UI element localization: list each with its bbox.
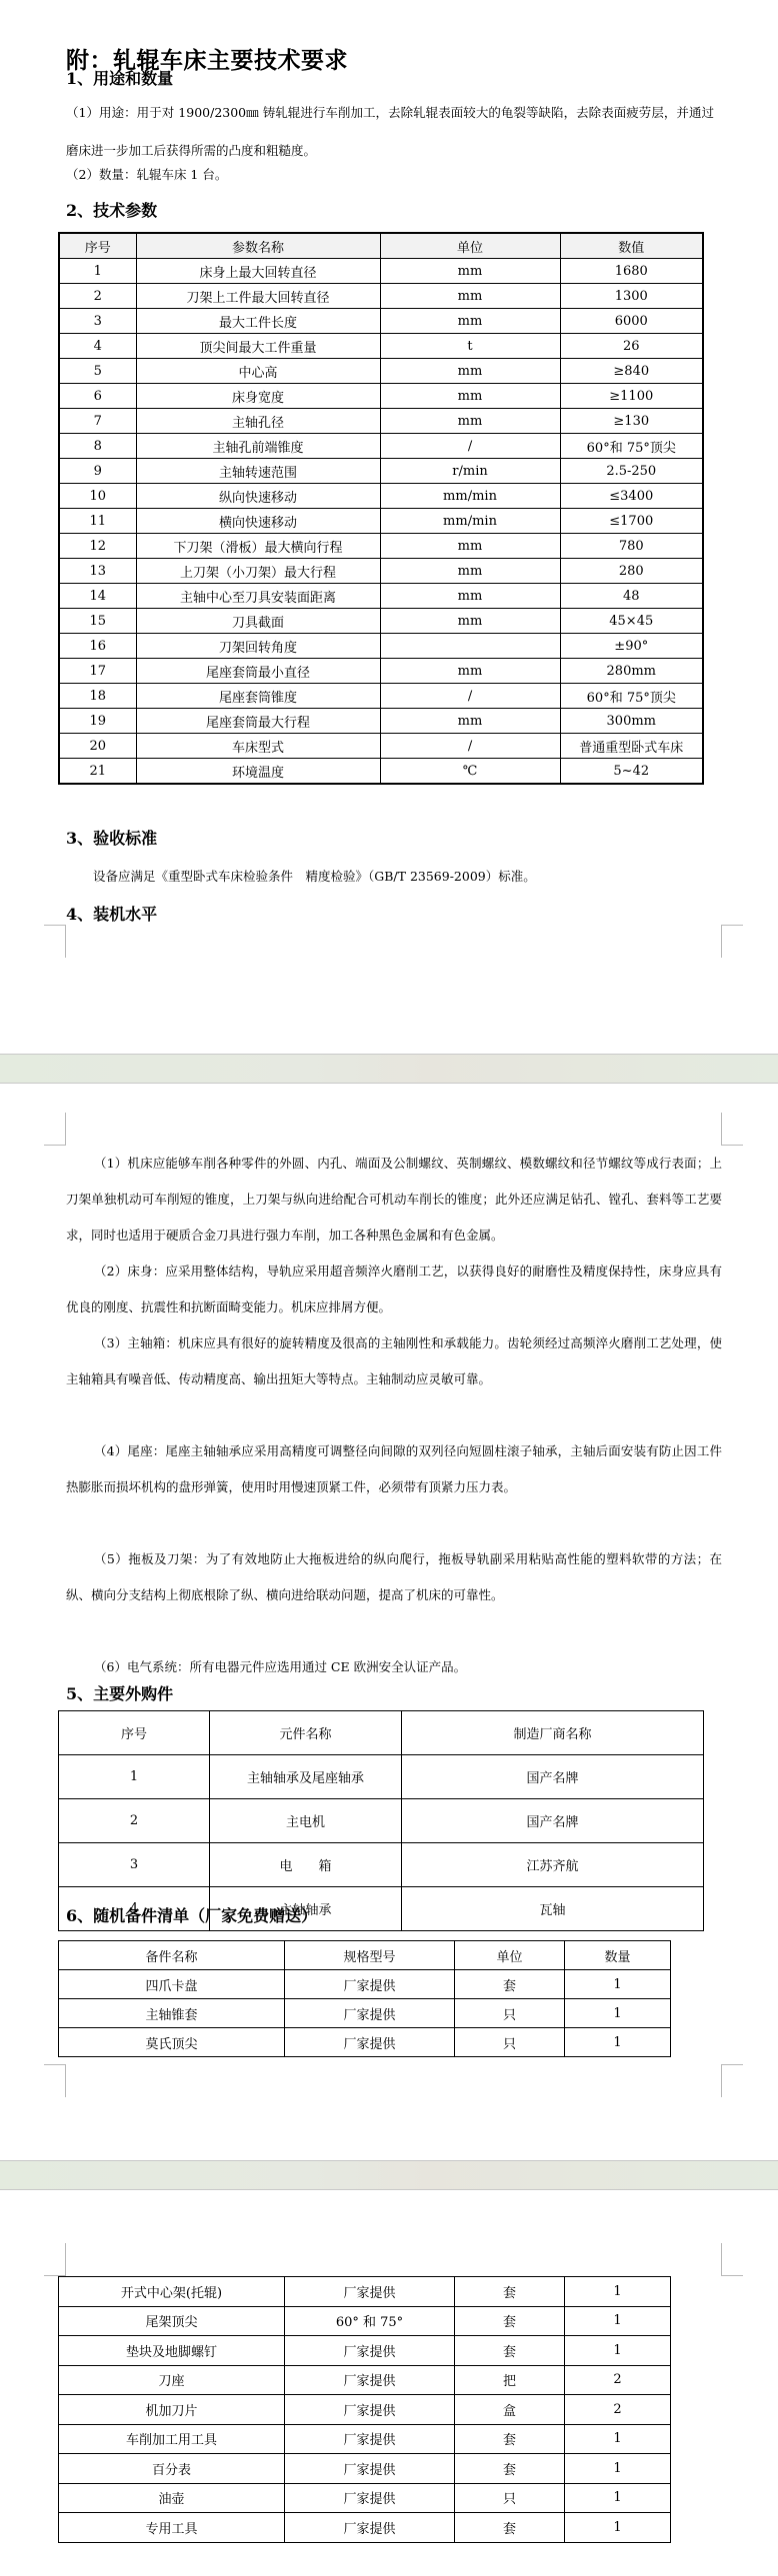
table-cell: 1300 (560, 284, 703, 309)
table-cell: 1 (565, 2483, 671, 2513)
table-row: 17尾座套筒最小直径mm280mm (59, 659, 703, 684)
table-cell (380, 634, 560, 659)
table-row: 14主轴中心至刀具安装面距离mm48 (59, 584, 703, 609)
table-cell: 国产名牌 (402, 1755, 704, 1799)
table-row: 13上刀架（小刀架）最大行程mm280 (59, 559, 703, 584)
page-break-band-1 (0, 1054, 778, 1084)
margin-mark-bottom-right (721, 2064, 743, 2097)
table-row: 20车床型式/普通重型卧式车床 (59, 734, 703, 759)
section-4-paragraph-3: （3）主轴箱：机床应具有很好的旋转精度及很高的主轴刚性和承载能力。齿轮须经过高频… (66, 1325, 722, 1397)
margin-mark-bottom-left (44, 2064, 66, 2097)
table-cell: 4 (59, 334, 136, 359)
section-4-paragraph-1: （1）机床应能够车削各种零件的外圆、内孔、端面及公制螺纹、英制螺纹、模数螺纹和径… (66, 1146, 722, 1254)
table-cell: 1680 (560, 259, 703, 284)
table-cell: 主轴中心至刀具安装面距离 (136, 584, 380, 609)
table-cell: 1 (565, 2454, 671, 2484)
table-cell: mm/min (380, 484, 560, 509)
table-cell: 只 (455, 1999, 565, 2028)
table-row: 6床身宽度mm≥1100 (59, 384, 703, 409)
table-cell: 刀座 (59, 2365, 285, 2395)
table-cell: 主轴轴承及尾座轴承 (210, 1755, 402, 1799)
table-cell: 套 (455, 2306, 565, 2336)
page-1: 附：轧辊车床主要技术要求 1、用途和数量 （1）用途：用于对 1900/2300… (0, 0, 778, 1054)
table-row: 刀座厂家提供把2 (59, 2365, 671, 2395)
table-cell: 厂家提供 (285, 2028, 455, 2057)
table-cell: ±90° (560, 634, 703, 659)
page-2: （1）机床应能够车削各种零件的外圆、内孔、端面及公制螺纹、英制螺纹、模数螺纹和径… (0, 1084, 778, 2160)
table-cell: 刀具截面 (136, 609, 380, 634)
page-3: 开式中心架(托辊)厂家提供套1尾架顶尖60° 和 75°套1垫块及地脚螺钉厂家提… (0, 2190, 778, 2576)
table-row: 机加刀片厂家提供盒2 (59, 2395, 671, 2425)
table-cell: 垫块及地脚螺钉 (59, 2336, 285, 2366)
margin-mark-bottom-left (44, 925, 66, 958)
table-cell: 60°和 75°顶尖 (560, 434, 703, 459)
table-row: 18尾座套筒锥度/60°和 75°顶尖 (59, 684, 703, 709)
table-cell: 厂家提供 (285, 2483, 455, 2513)
table-cell: 厂家提供 (285, 2277, 455, 2307)
table-cell: mm (380, 609, 560, 634)
table-cell: / (380, 434, 560, 459)
table-cell: 48 (560, 584, 703, 609)
table-cell: mm (380, 659, 560, 684)
table-cell: 刀架上工件最大回转直径 (136, 284, 380, 309)
table-cell: 1 (565, 1999, 671, 2028)
table-cell: 套 (455, 2424, 565, 2454)
table-row: 21环境温度℃5~42 (59, 759, 703, 785)
col-header-spare-name: 备件名称 (59, 1941, 285, 1970)
table-cell: ≥840 (560, 359, 703, 384)
table-row: 油壶厂家提供只1 (59, 2483, 671, 2513)
margin-mark-top-right (721, 2243, 743, 2276)
table-cell: 7 (59, 409, 136, 434)
table-cell: 主电机 (210, 1799, 402, 1843)
table-cell: 瓦轴 (402, 1887, 704, 1931)
table-row: 3电 箱江苏齐航 (59, 1843, 704, 1887)
table-cell: 厂家提供 (285, 2336, 455, 2366)
table-cell: 20 (59, 734, 136, 759)
table-cell: 2 (565, 2395, 671, 2425)
table-cell: 厂家提供 (285, 2365, 455, 2395)
table-row: 垫块及地脚螺钉厂家提供套1 (59, 2336, 671, 2366)
table-cell: 16 (59, 634, 136, 659)
section-6-heading: 6、随机备件清单（厂家免费赠送） (66, 1903, 317, 1926)
page-break-band-2 (0, 2160, 778, 2190)
table-cell: mm (380, 284, 560, 309)
col-header-quantity: 数量 (565, 1941, 671, 1970)
table-cell: 主轴孔径 (136, 409, 380, 434)
section-3-heading: 3、验收标准 (66, 826, 157, 849)
section-3-paragraph: 设备应满足《重型卧式车床检验条件 精度检验》（GB/T 23569-2009）标… (93, 862, 733, 892)
table-cell: mm/min (380, 509, 560, 534)
table-cell: 机加刀片 (59, 2395, 285, 2425)
col-header-part-name: 元件名称 (210, 1711, 402, 1755)
table-row: 16刀架回转角度±90° (59, 634, 703, 659)
section-5-heading: 5、主要外购件 (66, 1681, 173, 1704)
table-cell: ℃ (380, 759, 560, 785)
table-cell: ≥1100 (560, 384, 703, 409)
table-cell: r/min (380, 459, 560, 484)
table-cell: 刀架回转角度 (136, 634, 380, 659)
table-cell: 2 (565, 2365, 671, 2395)
table-cell: 主轴转速范围 (136, 459, 380, 484)
table-cell: 2.5-250 (560, 459, 703, 484)
table-cell: 尾座套筒锥度 (136, 684, 380, 709)
table-cell: 厂家提供 (285, 2513, 455, 2543)
table-cell: 套 (455, 2513, 565, 2543)
table-cell: 厂家提供 (285, 2424, 455, 2454)
table-cell: 13 (59, 559, 136, 584)
table-row: 2主电机国产名牌 (59, 1799, 704, 1843)
table-cell: ≤3400 (560, 484, 703, 509)
table-cell: 只 (455, 2483, 565, 2513)
table-row: 4顶尖间最大工件重量t26 (59, 334, 703, 359)
table-cell: ≥130 (560, 409, 703, 434)
table-cell: 8 (59, 434, 136, 459)
table-row: 1主轴轴承及尾座轴承国产名牌 (59, 1755, 704, 1799)
table-cell: 环境温度 (136, 759, 380, 785)
table-cell: 最大工件长度 (136, 309, 380, 334)
margin-mark-top-left (44, 2243, 66, 2276)
table-cell: 2 (59, 1799, 210, 1843)
table-row: 10纵向快速移动mm/min≤3400 (59, 484, 703, 509)
spare-parts-table-part-1: 备件名称 规格型号 单位 数量 四爪卡盘厂家提供套1主轴锥套厂家提供只1莫氏顶尖… (58, 1940, 671, 2057)
table-cell: 套 (455, 2336, 565, 2366)
table-row: 5中心高mm≥840 (59, 359, 703, 384)
table-cell: 1 (565, 2424, 671, 2454)
table-cell: 四爪卡盘 (59, 1970, 285, 1999)
table-cell: 尾座套筒最大行程 (136, 709, 380, 734)
table-cell: 厂家提供 (285, 2395, 455, 2425)
table-row: 主轴锥套厂家提供只1 (59, 1999, 671, 2028)
section-1-heading: 1、用途和数量 (66, 66, 173, 89)
table-row: 莫氏顶尖厂家提供只1 (59, 2028, 671, 2057)
table-cell: 5~42 (560, 759, 703, 785)
table-cell: 厂家提供 (285, 2454, 455, 2484)
table-cell: 60°和 75°顶尖 (560, 684, 703, 709)
table-row: 尾架顶尖60° 和 75°套1 (59, 2306, 671, 2336)
table-cell: 百分表 (59, 2454, 285, 2484)
table-header-row: 序号 参数名称 单位 数值 (59, 233, 703, 259)
margin-mark-top-left (44, 1113, 66, 1146)
table-cell: mm (380, 359, 560, 384)
table-cell: 尾座套筒最小直径 (136, 659, 380, 684)
table-cell: 厂家提供 (285, 1999, 455, 2028)
table-cell: mm (380, 709, 560, 734)
table-cell: mm (380, 259, 560, 284)
table-cell: mm (380, 309, 560, 334)
table-cell: 26 (560, 334, 703, 359)
section-4-paragraph-4: （4）尾座：尾座主轴轴承应采用高精度可调整径向间隙的双列径向短圆柱滚子轴承，主轴… (66, 1433, 722, 1505)
table-row: 19尾座套筒最大行程mm300mm (59, 709, 703, 734)
table-row: 11横向快速移动mm/min≤1700 (59, 509, 703, 534)
col-header-index: 序号 (59, 233, 136, 259)
table-cell: 盒 (455, 2395, 565, 2425)
col-header-unit: 单位 (380, 233, 560, 259)
table-cell: 18 (59, 684, 136, 709)
table-cell: 床身上最大回转直径 (136, 259, 380, 284)
table-cell: 下刀架（滑板）最大横向行程 (136, 534, 380, 559)
table-cell: / (380, 734, 560, 759)
spare-parts-table-part-2: 开式中心架(托辊)厂家提供套1尾架顶尖60° 和 75°套1垫块及地脚螺钉厂家提… (58, 2276, 671, 2543)
table-cell: 套 (455, 1970, 565, 1999)
section-1-paragraph-quantity: （2）数量：轧辊车床 1 台。 (66, 160, 714, 190)
table-cell: 1 (565, 2513, 671, 2543)
margin-mark-top-right (721, 1113, 743, 1146)
table-cell: 6 (59, 384, 136, 409)
table-cell: 6000 (560, 309, 703, 334)
table-cell: 1 (59, 1755, 210, 1799)
table-cell: 17 (59, 659, 136, 684)
table-cell: 开式中心架(托辊) (59, 2277, 285, 2307)
table-cell: 1 (59, 259, 136, 284)
table-cell: 主轴锥套 (59, 1999, 285, 2028)
table-cell: 3 (59, 309, 136, 334)
table-row: 15刀具截面mm45×45 (59, 609, 703, 634)
table-cell: 车床型式 (136, 734, 380, 759)
table-row: 四爪卡盘厂家提供套1 (59, 1970, 671, 1999)
purchased-parts-table: 序号 元件名称 制造厂商名称 1主轴轴承及尾座轴承国产名牌2主电机国产名牌3电 … (58, 1710, 704, 1931)
table-cell: 厂家提供 (285, 1970, 455, 1999)
table-cell: 纵向快速移动 (136, 484, 380, 509)
table-cell: 10 (59, 484, 136, 509)
table-cell: 主轴孔前端锥度 (136, 434, 380, 459)
table-row: 百分表厂家提供套1 (59, 2454, 671, 2484)
table-cell: 把 (455, 2365, 565, 2395)
table-row: 7主轴孔径mm≥130 (59, 409, 703, 434)
table-header-row: 备件名称 规格型号 单位 数量 (59, 1941, 671, 1970)
table-cell: 19 (59, 709, 136, 734)
col-header-unit: 单位 (455, 1941, 565, 1970)
col-header-index: 序号 (59, 1711, 210, 1755)
col-header-param-name: 参数名称 (136, 233, 380, 259)
col-header-value: 数值 (560, 233, 703, 259)
table-cell: 21 (59, 759, 136, 785)
table-cell: 油壶 (59, 2483, 285, 2513)
table-cell: 1 (565, 2306, 671, 2336)
table-cell: 15 (59, 609, 136, 634)
table-cell: 中心高 (136, 359, 380, 384)
table-cell: 60° 和 75° (285, 2306, 455, 2336)
table-cell: 280 (560, 559, 703, 584)
table-cell: 45×45 (560, 609, 703, 634)
table-cell: 9 (59, 459, 136, 484)
table-cell: 1 (565, 2336, 671, 2366)
margin-mark-bottom-right (721, 925, 743, 958)
table-cell: / (380, 684, 560, 709)
table-cell: 国产名牌 (402, 1799, 704, 1843)
table-cell: ≤1700 (560, 509, 703, 534)
table-row: 8主轴孔前端锥度/60°和 75°顶尖 (59, 434, 703, 459)
section-4-paragraph-2: （2）床身：应采用整体结构，导轨应采用超音频淬火磨削工艺，以获得良好的耐磨性及精… (66, 1254, 722, 1325)
table-cell: 专用工具 (59, 2513, 285, 2543)
table-cell: 床身宽度 (136, 384, 380, 409)
section-4-heading: 4、装机水平 (66, 902, 157, 925)
table-cell: 套 (455, 2277, 565, 2307)
table-cell: 2 (59, 284, 136, 309)
table-cell: 12 (59, 534, 136, 559)
col-header-manufacturer: 制造厂商名称 (402, 1711, 704, 1755)
table-cell: 1 (565, 2028, 671, 2057)
table-row: 车削加工用工具厂家提供套1 (59, 2424, 671, 2454)
table-cell: mm (380, 384, 560, 409)
table-row: 3最大工件长度mm6000 (59, 309, 703, 334)
table-cell: 套 (455, 2454, 565, 2484)
section-1-paragraph-usage: （1）用途：用于对 1900/2300㎜ 铸轧辊进行车削加工，去除轧辊表面较大的… (66, 94, 714, 170)
table-cell: 尾架顶尖 (59, 2306, 285, 2336)
table-cell: 车削加工用工具 (59, 2424, 285, 2454)
table-cell: mm (380, 559, 560, 584)
table-row: 1床身上最大回转直径mm1680 (59, 259, 703, 284)
table-cell: 300mm (560, 709, 703, 734)
section-4-paragraph-6: （6）电气系统：所有电器元件应选用通过 CE 欧洲安全认证产品。 (66, 1649, 722, 1685)
table-row: 专用工具厂家提供套1 (59, 2513, 671, 2543)
table-cell: 5 (59, 359, 136, 384)
table-cell: 电 箱 (210, 1843, 402, 1887)
table-cell: 11 (59, 509, 136, 534)
table-cell: mm (380, 534, 560, 559)
section-4-paragraph-5: （5）拖板及刀架：为了有效地防止大拖板进给的纵向爬行，拖板导轨副采用粘贴高性能的… (66, 1541, 722, 1613)
table-cell: t (380, 334, 560, 359)
table-cell: 3 (59, 1843, 210, 1887)
table-cell: 280mm (560, 659, 703, 684)
table-cell: 江苏齐航 (402, 1843, 704, 1887)
table-cell: mm (380, 584, 560, 609)
table-cell: 1 (565, 1970, 671, 1999)
col-header-spec: 规格型号 (285, 1941, 455, 1970)
table-cell: 上刀架（小刀架）最大行程 (136, 559, 380, 584)
tech-params-table: 序号 参数名称 单位 数值 1床身上最大回转直径mm16802刀架上工件最大回转… (58, 232, 704, 785)
table-row: 9主轴转速范围r/min2.5-250 (59, 459, 703, 484)
table-cell: 只 (455, 2028, 565, 2057)
table-row: 12下刀架（滑板）最大横向行程mm780 (59, 534, 703, 559)
table-cell: 莫氏顶尖 (59, 2028, 285, 2057)
table-cell: 顶尖间最大工件重量 (136, 334, 380, 359)
table-row: 2刀架上工件最大回转直径mm1300 (59, 284, 703, 309)
table-cell: 横向快速移动 (136, 509, 380, 534)
table-cell: 普通重型卧式车床 (560, 734, 703, 759)
table-cell: 14 (59, 584, 136, 609)
section-2-heading: 2、技术参数 (66, 198, 157, 221)
table-cell: mm (380, 409, 560, 434)
table-header-row: 序号 元件名称 制造厂商名称 (59, 1711, 704, 1755)
table-cell: 780 (560, 534, 703, 559)
table-row: 开式中心架(托辊)厂家提供套1 (59, 2277, 671, 2307)
table-cell: 1 (565, 2277, 671, 2307)
